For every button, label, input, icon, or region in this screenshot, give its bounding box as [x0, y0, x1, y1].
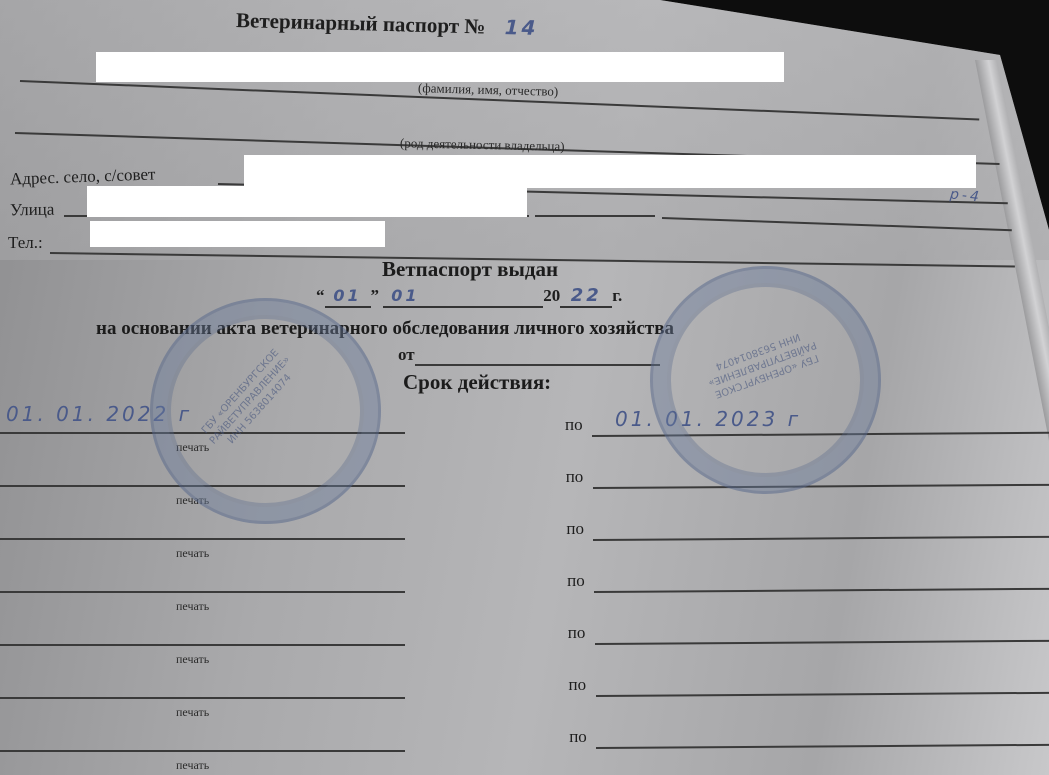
validity-to-label: по — [569, 675, 587, 695]
seal-text-right: ГБУ «ОРЕНБУРГСКОЕ РАЙВЕТУПРАВЛЕНИЕ» ИНН … — [702, 326, 823, 402]
street-handwriting: р-4 — [949, 186, 982, 205]
redacted-phone — [90, 221, 385, 247]
seal-org-line2: РАЙВЕТУПРАВЛЕНИЕ» — [207, 354, 293, 448]
title-text: Ветеринарный паспорт № — [236, 8, 486, 39]
seal-stamp-left: ГБУ «ОРЕНБУРГСКОЕ РАЙВЕТУПРАВЛЕНИЕ» ИНН … — [150, 298, 381, 524]
owner-activity-caption: (род деятельности владельца) — [400, 135, 565, 154]
validity-to-label: по — [568, 623, 586, 643]
validity-from-line — [0, 750, 405, 752]
street-line-2 — [535, 215, 655, 217]
seal-stamp-right: ГБУ «ОРЕНБУРГСКОЕ РАЙВЕТУПРАВЛЕНИЕ» ИНН … — [650, 266, 881, 494]
validity-to-label: по — [565, 415, 583, 435]
validity-to-label: по — [566, 519, 584, 539]
issued-heading: Ветпаспорт выдан — [382, 257, 558, 282]
issued-from-label: от — [398, 345, 415, 365]
validity-to-label: по — [567, 571, 585, 591]
phone-label: Тел.: — [8, 233, 43, 253]
redacted-street — [87, 186, 527, 217]
stamp-caption: печать — [176, 546, 209, 561]
seal-text-left: ГБУ «ОРЕНБУРГСКОЕ РАЙВЕТУПРАВЛЕНИЕ» ИНН … — [197, 345, 302, 456]
issued-year-suffix: 22 — [571, 285, 602, 306]
close-quote: ” — [371, 286, 380, 305]
validity-from-line — [0, 644, 405, 646]
street-label: Улица — [10, 200, 55, 221]
validity-to-label: по — [566, 467, 584, 487]
issued-date: “01” 012022г. — [316, 285, 622, 308]
stamp-caption: печать — [176, 599, 209, 614]
passport-number: 14 — [504, 15, 538, 40]
redacted-owner-name — [96, 52, 784, 82]
issued-day: 01 — [333, 286, 361, 305]
validity-from-line — [0, 538, 405, 540]
stamp-caption: печать — [176, 652, 209, 667]
issued-year-unit: г. — [612, 286, 622, 305]
issued-year-prefix: 20 — [543, 286, 560, 305]
open-quote: “ — [316, 286, 325, 305]
validity-to-label: по — [569, 727, 587, 747]
validity-from-line — [0, 591, 405, 593]
validity-from-line — [0, 697, 405, 699]
redacted-address — [244, 155, 976, 188]
stamp-caption: печать — [176, 705, 209, 720]
validity-heading: Срок действия: — [403, 370, 551, 395]
stamp-caption: печать — [176, 758, 209, 773]
issued-month: 01 — [391, 286, 419, 305]
issued-from-line — [415, 364, 660, 366]
